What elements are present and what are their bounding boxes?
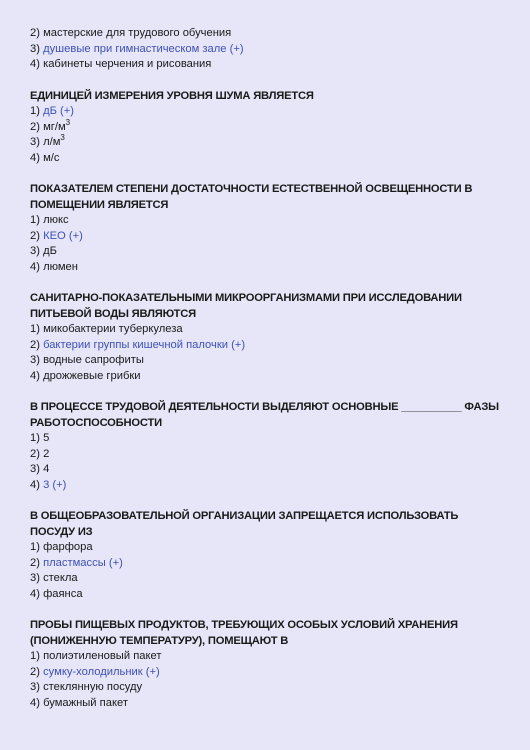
question-text: В ПРОЦЕССЕ ТРУДОВОЙ ДЕЯТЕЛЬНОСТИ ВЫДЕЛЯЮ…	[30, 400, 530, 416]
question-text: ЕДИНИЦЕЙ ИЗМЕРЕНИЯ УРОВНЯ ШУМА ЯВЛЯЕТСЯ	[30, 89, 530, 105]
question-block: ПОКАЗАТЕЛЕМ СТЕПЕНИ ДОСТАТОЧНОСТИ ЕСТЕСТ…	[30, 182, 530, 275]
option-text: дрожжевые грибки	[43, 370, 140, 382]
document-page: 2) мастерские для трудового обучения3) д…	[0, 0, 530, 711]
answer-option: 3) л/м3	[30, 135, 530, 151]
option-number: 2)	[30, 557, 43, 569]
option-number: 1)	[30, 323, 43, 335]
option-text: стеклянную посуду	[43, 681, 142, 693]
option-number: 4)	[30, 58, 43, 70]
option-number: 1)	[30, 541, 43, 553]
option-text: водные сапрофиты	[43, 354, 144, 366]
option-text: 5	[43, 432, 49, 444]
option-number: 2)	[30, 121, 43, 133]
option-number: 3)	[30, 572, 43, 584]
option-number: 3)	[30, 463, 43, 475]
option-text: полиэтиленовый пакет	[43, 650, 161, 662]
option-number: 4)	[30, 370, 43, 382]
question-text: В ОБЩЕОБРАЗОВАТЕЛЬНОЙ ОРГАНИЗАЦИИ ЗАПРЕЩ…	[30, 509, 530, 525]
correct-answer-text: сумку-холодильник (+)	[43, 666, 160, 678]
answer-option: 1) 5	[30, 431, 530, 447]
correct-answer-text: душевые при гимнастическом зале (+)	[43, 43, 244, 55]
answer-option: 4) люмен	[30, 260, 530, 276]
answer-option: 3) 4	[30, 462, 530, 478]
option-number: 4)	[30, 588, 43, 600]
question-text: РАБОТОСПОСОБНОСТИ	[30, 416, 530, 432]
answer-option: 4) 3 (+)	[30, 478, 530, 494]
option-text: л/м	[43, 136, 60, 148]
question-block: ПРОБЫ ПИЩЕВЫХ ПРОДУКТОВ, ТРЕБУЮЩИХ ОСОБЫ…	[30, 618, 530, 711]
correct-answer-text: пластмассы (+)	[43, 557, 123, 569]
option-number: 3)	[30, 136, 43, 148]
answer-option: 2) бактерии группы кишечной палочки (+)	[30, 338, 530, 354]
answer-option: 3) стекла	[30, 571, 530, 587]
question-text: ПИТЬЕВОЙ ВОДЫ ЯВЛЯЮТСЯ	[30, 307, 530, 323]
answer-option: 1) фарфора	[30, 540, 530, 556]
question-block: ЕДИНИЦЕЙ ИЗМЕРЕНИЯ УРОВНЯ ШУМА ЯВЛЯЕТСЯ1…	[30, 89, 530, 167]
option-number: 2)	[30, 27, 43, 39]
option-text: люкс	[43, 214, 69, 226]
answer-option: 2) сумку-холодильник (+)	[30, 665, 530, 681]
question-block: САНИТАРНО-ПОКАЗАТЕЛЬНЫМИ МИКРООРГАНИЗМАМ…	[30, 291, 530, 384]
answer-option: 4) м/с	[30, 151, 530, 167]
option-number: 3)	[30, 245, 43, 257]
option-number: 2)	[30, 666, 43, 678]
option-number: 2)	[30, 448, 43, 460]
question-block: В ОБЩЕОБРАЗОВАТЕЛЬНОЙ ОРГАНИЗАЦИИ ЗАПРЕЩ…	[30, 509, 530, 602]
option-text: фаянса	[43, 588, 82, 600]
option-text: микобактерии туберкулеза	[43, 323, 183, 335]
option-text: 2	[43, 448, 49, 460]
option-number: 4)	[30, 697, 43, 709]
question-text: (ПОНИЖЕННУЮ ТЕМПЕРАТУРУ), ПОМЕЩАЮТ В	[30, 634, 530, 650]
answer-option: 1) дБ (+)	[30, 104, 530, 120]
option-number: 2)	[30, 230, 43, 242]
answer-option: 4) фаянса	[30, 587, 530, 603]
option-text: бумажный пакет	[43, 697, 128, 709]
option-number: 1)	[30, 214, 43, 226]
answer-option: 2) КЕО (+)	[30, 229, 530, 245]
option-text: кабинеты черчения и рисования	[43, 58, 211, 70]
option-text: дБ	[43, 245, 57, 257]
answer-option: 2) 2	[30, 447, 530, 463]
answer-option: 1) микобактерии туберкулеза	[30, 322, 530, 338]
answer-option: 2) пластмассы (+)	[30, 556, 530, 572]
option-number: 1)	[30, 432, 43, 444]
superscript: 3	[66, 118, 70, 127]
answer-option: 4) дрожжевые грибки	[30, 369, 530, 385]
option-number: 4)	[30, 479, 43, 491]
option-text: фарфора	[43, 541, 93, 553]
option-number: 1)	[30, 650, 43, 662]
option-text: мг/м	[43, 121, 66, 133]
answer-option: 1) полиэтиленовый пакет	[30, 649, 530, 665]
option-number: 1)	[30, 105, 43, 117]
option-number: 4)	[30, 261, 43, 273]
option-text: мастерские для трудового обучения	[43, 27, 231, 39]
question-block: В ПРОЦЕССЕ ТРУДОВОЙ ДЕЯТЕЛЬНОСТИ ВЫДЕЛЯЮ…	[30, 400, 530, 493]
correct-answer-text: дБ (+)	[43, 105, 74, 117]
option-number: 3)	[30, 354, 43, 366]
question-text: ПРОБЫ ПИЩЕВЫХ ПРОДУКТОВ, ТРЕБУЮЩИХ ОСОБЫ…	[30, 618, 530, 634]
option-text: стекла	[43, 572, 78, 584]
answer-option: 1) люкс	[30, 213, 530, 229]
answer-option: 2) мастерские для трудового обучения	[30, 26, 530, 42]
answer-option: 2) мг/м3	[30, 120, 530, 136]
option-number: 2)	[30, 339, 43, 351]
option-number: 3)	[30, 43, 43, 55]
answer-option: 3) водные сапрофиты	[30, 353, 530, 369]
answer-option: 4) кабинеты черчения и рисования	[30, 57, 530, 73]
option-text: 4	[43, 463, 49, 475]
answer-option: 3) стеклянную посуду	[30, 680, 530, 696]
correct-answer-text: бактерии группы кишечной палочки (+)	[43, 339, 245, 351]
option-text: м/с	[43, 152, 59, 164]
answer-option: 3) душевые при гимнастическом зале (+)	[30, 42, 530, 58]
question-text: ПОСУДУ ИЗ	[30, 525, 530, 541]
answer-option: 4) бумажный пакет	[30, 696, 530, 712]
correct-answer-text: КЕО (+)	[43, 230, 83, 242]
question-text: ПОМЕЩЕНИИ ЯВЛЯЕТСЯ	[30, 198, 530, 214]
question-block-continued: 2) мастерские для трудового обучения3) д…	[30, 26, 530, 73]
answer-option: 3) дБ	[30, 244, 530, 260]
superscript: 3	[60, 133, 64, 142]
question-text: ПОКАЗАТЕЛЕМ СТЕПЕНИ ДОСТАТОЧНОСТИ ЕСТЕСТ…	[30, 182, 530, 198]
question-text: САНИТАРНО-ПОКАЗАТЕЛЬНЫМИ МИКРООРГАНИЗМАМ…	[30, 291, 530, 307]
correct-answer-text: 3 (+)	[43, 479, 66, 491]
option-number: 4)	[30, 152, 43, 164]
option-text: люмен	[43, 261, 78, 273]
option-number: 3)	[30, 681, 43, 693]
